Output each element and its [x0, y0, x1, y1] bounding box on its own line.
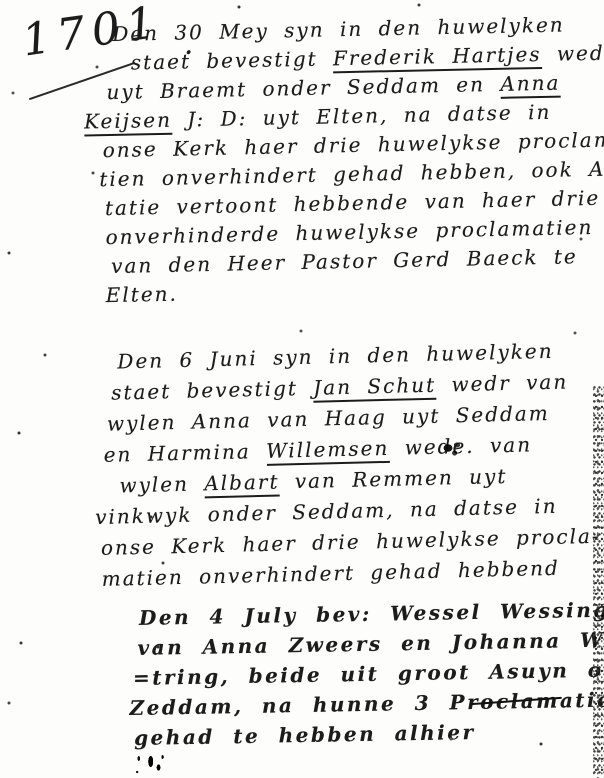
- line-text: staet bevestigt: [111, 376, 314, 405]
- line-text: Den 4 July bev: Wessel Wessing, wdr: [139, 596, 604, 630]
- line-text: staet bevestigt: [131, 46, 334, 74]
- ink-blot: [132, 748, 166, 778]
- manuscript-page: 1701. Den 30 Mey syn in den huwelyken st…: [0, 0, 604, 778]
- underlined-name-late-husband: Albart: [204, 470, 280, 499]
- line-text: Elten.: [106, 282, 179, 308]
- line-text: wedr van: [436, 369, 569, 396]
- line-text: van Remmen uyt: [279, 464, 507, 494]
- paper-speckles: [0, 0, 2, 2]
- line-text: en Harmina: [103, 439, 266, 467]
- marriage-entry-4-july: Den 4 July bev: Wessel Wessing, wdr van …: [0, 595, 604, 756]
- ink-smudge: [436, 438, 466, 458]
- underlined-name-groom: Jan Schut: [313, 373, 437, 403]
- marriage-entry-6-juni: Den 6 Juni syn in den huwelyken staet be…: [0, 335, 604, 598]
- underlined-name-bride-surname: Keijsen: [84, 108, 172, 137]
- underlined-name-bride: Anna: [500, 71, 561, 99]
- line-text: wylen: [119, 471, 204, 497]
- line-text: gehad te hebben alhier: [134, 720, 476, 750]
- scan-edge-band: [593, 386, 604, 778]
- underlined-name-bride: Willemsen: [266, 436, 390, 466]
- line-text: J: D: uyt Elten, na datse in: [172, 100, 552, 132]
- marriage-entry-30-mey: Den 30 Mey syn in den huwelyken staet be…: [0, 10, 604, 313]
- line-text: wedr: [541, 40, 604, 66]
